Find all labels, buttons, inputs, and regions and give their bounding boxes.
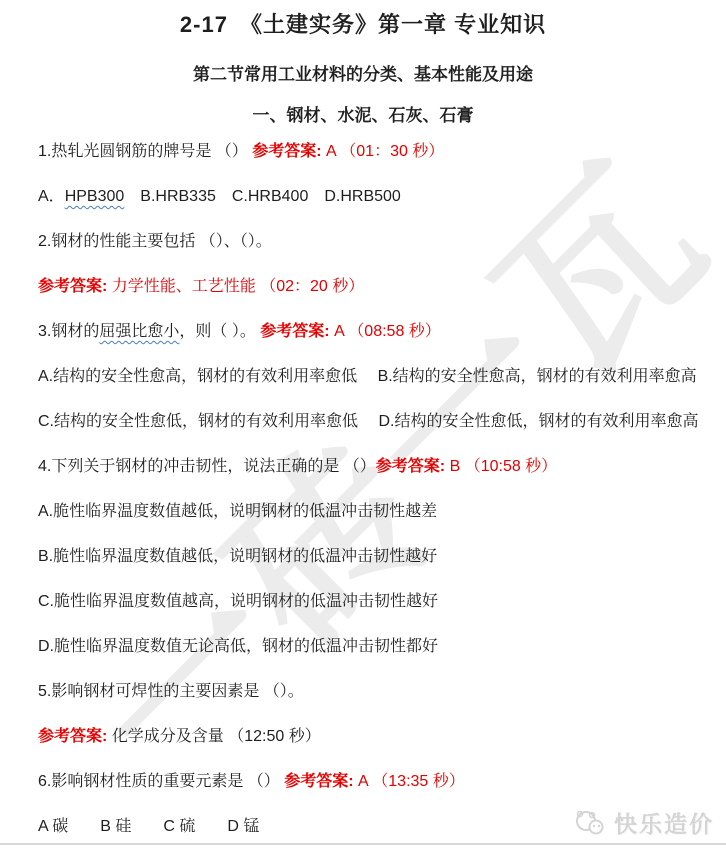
text-segment: 1.热轧光圆钢筋的牌号是 （） bbox=[38, 143, 252, 160]
text-segment: 化学成分及含量 （12:50 秒） bbox=[112, 728, 321, 745]
question-6: 6.影响钢材性质的重要元素是 （） 参考答案: A （13:35 秒） bbox=[38, 759, 726, 804]
text-segment: D.脆性临界温度数值无论高低，钢材的低温冲击韧性都好 bbox=[38, 638, 438, 655]
text-segment: 参考答案: bbox=[376, 458, 450, 475]
text-segment: ，则（ ）。 bbox=[179, 323, 260, 340]
text-segment: HPB300 bbox=[65, 188, 125, 205]
text-segment: A.脆性临界温度数值越低，说明钢材的低温冲击韧性越差 bbox=[38, 503, 437, 520]
document-page: 一砖一瓦 2-17 《土建实务》第一章 专业知识 第二节常用工业材料的分类、基本… bbox=[0, 0, 726, 851]
text-segment: 参考答案: bbox=[38, 728, 112, 745]
question-2: 2.钢材的性能主要包括 （）、（）。 bbox=[38, 219, 726, 264]
text-segment: A （01：30 秒） bbox=[326, 143, 444, 160]
page-title: 2-17 《土建实务》第一章 专业知识 bbox=[0, 8, 726, 39]
text-segment: 参考答案: bbox=[252, 143, 326, 160]
section-heading: 一、钢材、水泥、石灰、石膏 bbox=[0, 101, 726, 126]
question-6-options: A 碳 B 硅 C 硫 D 锰 bbox=[38, 804, 726, 849]
text-segment: A． bbox=[38, 188, 65, 205]
text-segment: 屈强比愈小 bbox=[99, 323, 179, 340]
text-segment: 力学性能、工艺性能 （02：20 秒） bbox=[112, 278, 365, 295]
text-segment: 6.影响钢材性质的重要元素是 （） bbox=[38, 773, 284, 790]
question-3-options-cd: C.结构的安全性愈低，钢材的有效利用率愈低 D.结构的安全性愈低，钢材的有效利用… bbox=[38, 399, 726, 444]
text-segment: C.脆性临界温度数值越高，说明钢材的低温冲击韧性越好 bbox=[38, 593, 438, 610]
question-list: 1.热轧光圆钢筋的牌号是 （） 参考答案: A （01：30 秒）A．HPB30… bbox=[38, 129, 726, 849]
question-5-answer: 参考答案: 化学成分及含量 （12:50 秒） bbox=[38, 714, 726, 759]
question-5: 5.影响钢材可焊性的主要因素是 （）。 bbox=[38, 669, 726, 714]
text-segment: 参考答案: bbox=[284, 773, 358, 790]
text-segment: 4.下列关于钢材的冲击韧性，说法正确的是 （） bbox=[38, 458, 376, 475]
page-subtitle: 第二节常用工业材料的分类、基本性能及用途 bbox=[0, 60, 726, 85]
question-4-option-c: C.脆性临界温度数值越高，说明钢材的低温冲击韧性越好 bbox=[38, 579, 726, 624]
text-segment: B.HRB335 C.HRB400 D.HRB500 bbox=[124, 188, 401, 205]
text-segment: A （08:58 秒） bbox=[334, 323, 441, 340]
question-2-answer: 参考答案: 力学性能、工艺性能 （02：20 秒） bbox=[38, 264, 726, 309]
question-4: 4.下列关于钢材的冲击韧性，说法正确的是 （）参考答案: B （10:58 秒） bbox=[38, 444, 726, 489]
question-4-option-b: B.脆性临界温度数值越低，说明钢材的低温冲击韧性越好 bbox=[38, 534, 726, 579]
text-segment: B.脆性临界温度数值越低，说明钢材的低温冲击韧性越好 bbox=[38, 548, 437, 565]
question-4-option-d: D.脆性临界温度数值无论高低，钢材的低温冲击韧性都好 bbox=[38, 624, 726, 669]
question-4-option-a: A.脆性临界温度数值越低，说明钢材的低温冲击韧性越差 bbox=[38, 489, 726, 534]
text-segment: C.结构的安全性愈低，钢材的有效利用率愈低 D.结构的安全性愈低，钢材的有效利用… bbox=[38, 413, 698, 430]
question-3: 3.钢材的屈强比愈小，则（ ）。 参考答案: A （08:58 秒） bbox=[38, 309, 726, 354]
text-segment: A （13:35 秒） bbox=[358, 773, 465, 790]
text-segment: 5.影响钢材可焊性的主要因素是 （）。 bbox=[38, 683, 304, 700]
question-1: 1.热轧光圆钢筋的牌号是 （） 参考答案: A （01：30 秒） bbox=[38, 129, 726, 174]
text-segment: A 碳 B 硅 C 硫 D 锰 bbox=[38, 818, 259, 835]
text-segment: 3.钢材的 bbox=[38, 323, 99, 340]
question-1-options: A．HPB300 B.HRB335 C.HRB400 D.HRB500 bbox=[38, 174, 726, 219]
text-segment: 2.钢材的性能主要包括 （）、（）。 bbox=[38, 233, 272, 250]
question-3-options-ab: A.结构的安全性愈高，钢材的有效利用率愈低 B.结构的安全性愈高，钢材的有效利用… bbox=[38, 354, 726, 399]
text-segment: 参考答案: bbox=[260, 323, 334, 340]
text-segment: B （10:58 秒） bbox=[450, 458, 558, 475]
text-segment: A.结构的安全性愈高，钢材的有效利用率愈低 B.结构的安全性愈高，钢材的有效利用… bbox=[38, 368, 697, 385]
text-segment: 参考答案: bbox=[38, 278, 112, 295]
